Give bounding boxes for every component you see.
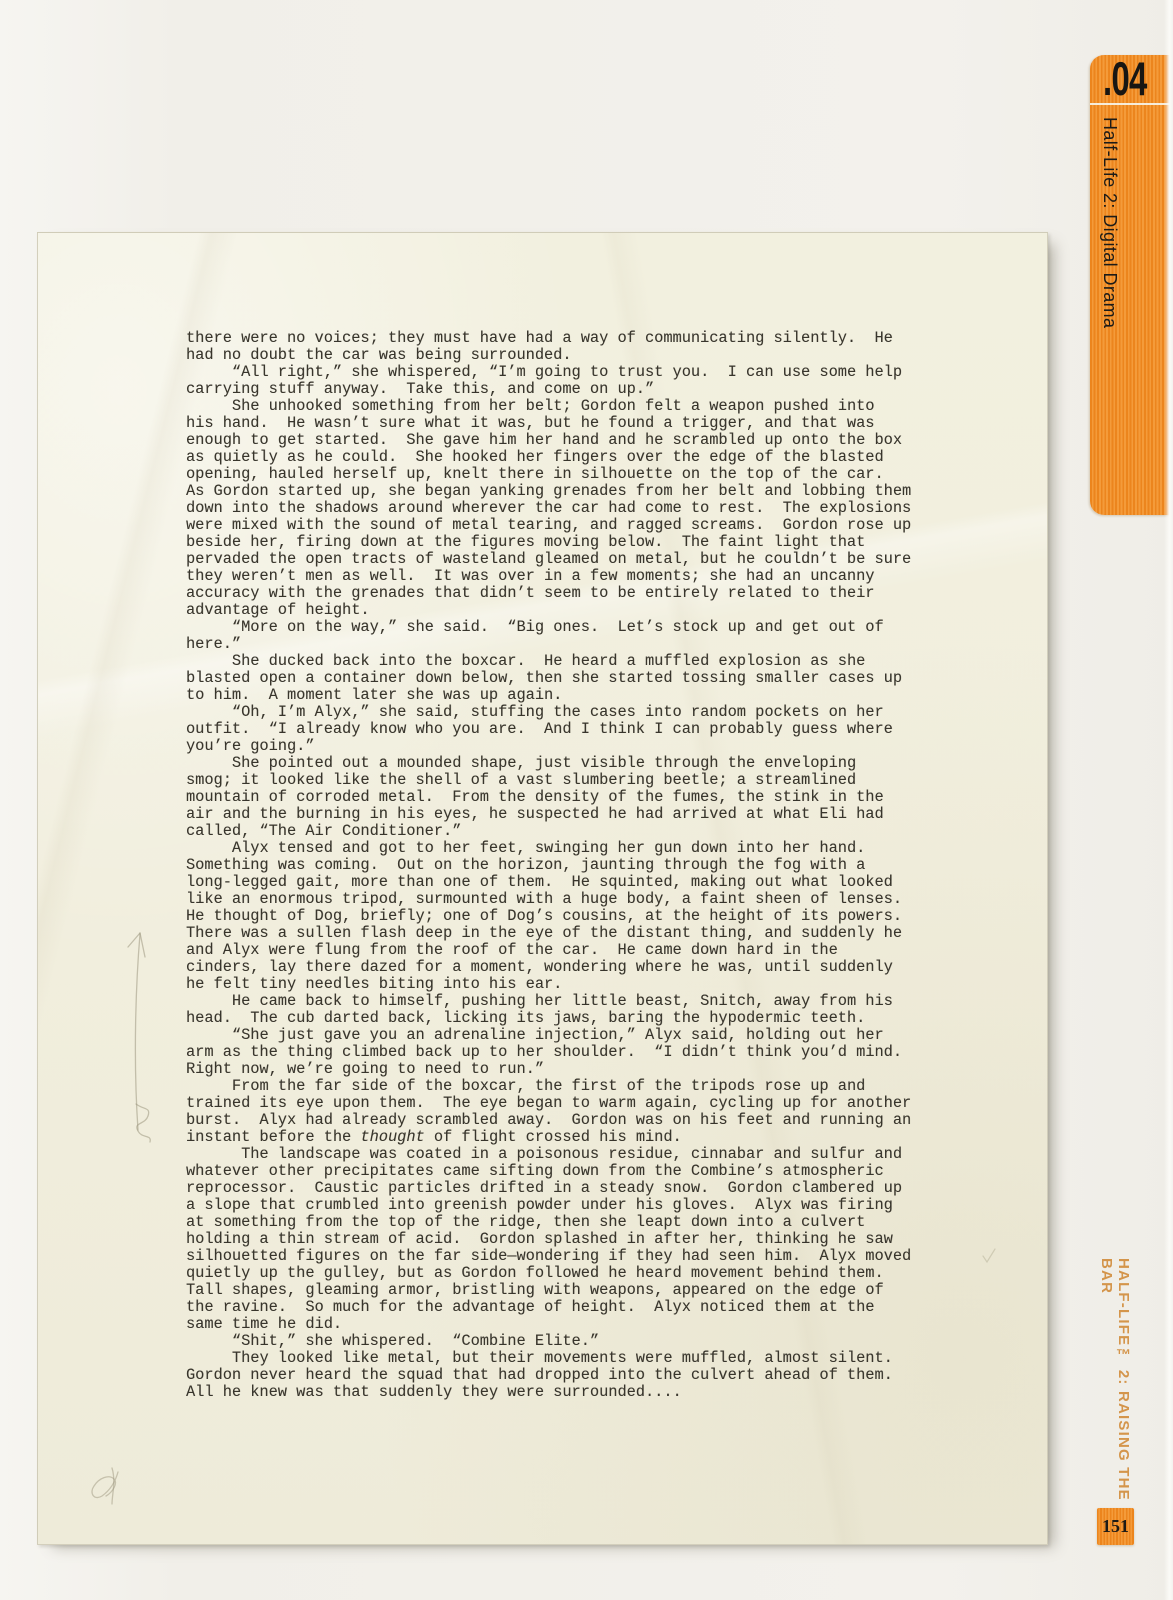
manuscript-text-part2: of flight crossed his mind. The landscap…: [186, 1128, 911, 1401]
page-number: 151: [1102, 1516, 1129, 1537]
manuscript-text: there were no voices; they must have had…: [186, 330, 958, 1401]
chapter-tab: .04 Half-Life 2: Digital Drama: [1090, 55, 1173, 515]
chapter-tab-divider: [1090, 103, 1173, 105]
chapter-number: .04: [1103, 55, 1147, 103]
book-scan: { "page": { "number": "151", "chapter_nu…: [0, 0, 1173, 1600]
scan-page-edge: [1164, 0, 1173, 1600]
page-number-badge: 151: [1097, 1508, 1134, 1545]
manuscript-italic-word: thought: [360, 1128, 424, 1146]
manuscript-page: there were no voices; they must have had…: [37, 232, 1048, 1545]
chapter-title: Half-Life 2: Digital Drama: [1099, 117, 1120, 497]
manuscript-text-part1: there were no voices; they must have had…: [186, 329, 911, 1146]
book-title-spine: HALF-LIFE™ 2: RAISING THE BAR: [1098, 1258, 1132, 1506]
